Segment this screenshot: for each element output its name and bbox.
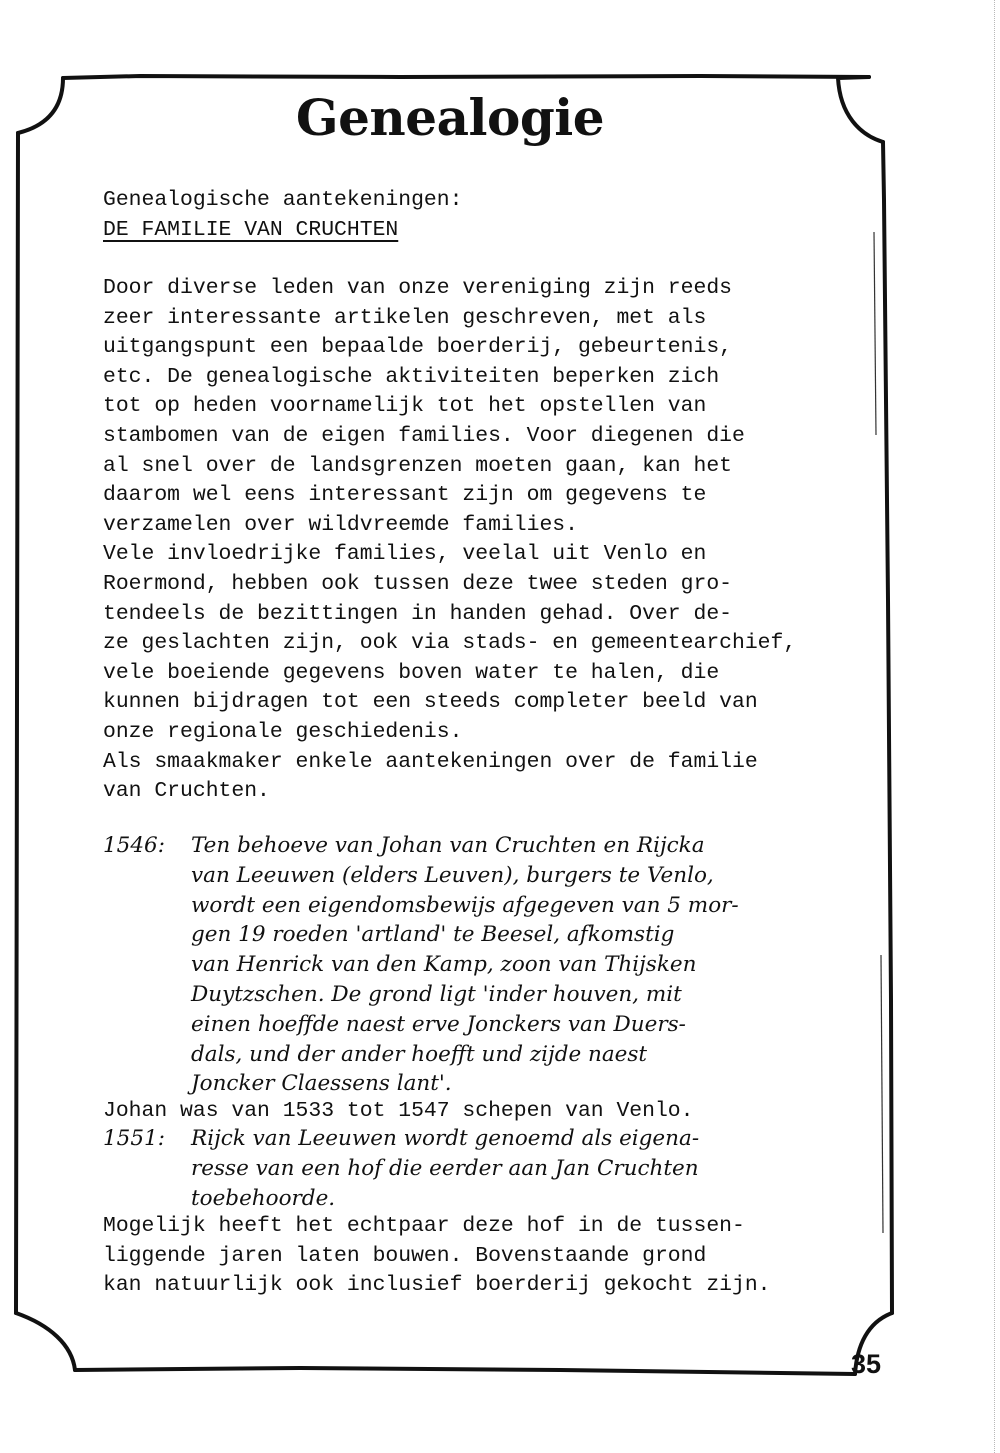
entry-line: gen 19 roeden 'artland' te Beesel, afkom… — [103, 920, 739, 950]
entry-year: 1546: — [103, 831, 191, 861]
entry-line: 1546:Ten behoeve van Johan van Cruchten … — [103, 831, 739, 861]
paragraph-line: verzamelen over wildvreemde families. — [103, 511, 796, 541]
entry-text: Joncker Claessens lant'. — [191, 1071, 452, 1096]
paragraph-line: vele boeiende gegevens boven water te ha… — [103, 659, 796, 689]
entry-line: toebehoorde. — [103, 1184, 699, 1214]
page-title: Genealogie — [0, 88, 900, 147]
entry-text: van Leeuwen (elders Leuven), burgers te … — [191, 863, 714, 888]
paragraph-line: uitgangspunt een bepaalde boerderij, geb… — [103, 333, 796, 363]
paragraph-line: onze regionale geschiedenis. — [103, 718, 796, 748]
entry-text: van Henrick van den Kamp, zoon van Thijs… — [191, 952, 696, 977]
paragraph-line: zeer interessante artikelen geschreven, … — [103, 304, 796, 334]
entry-line: resse van een hof die eerder aan Jan Cru… — [103, 1154, 699, 1184]
scan-edge-artifact — [994, 0, 995, 1453]
entry-text: einen hoeffde naest erve Jonckers van Du… — [191, 1012, 686, 1037]
entry-text: toebehoorde. — [191, 1186, 335, 1211]
entry-line: dals, und der ander hoefft und zijde nae… — [103, 1040, 739, 1070]
paragraph-line: liggende jaren laten bouwen. Bovenstaand… — [103, 1242, 771, 1272]
entry-text: gen 19 roeden 'artland' te Beesel, afkom… — [191, 922, 674, 947]
paragraph-line: van Cruchten. — [103, 777, 796, 807]
entry-text: resse van een hof die eerder aan Jan Cru… — [191, 1156, 699, 1181]
record-entry-1551: 1551:Rijck van Leeuwen wordt genoemd als… — [103, 1124, 699, 1213]
entry-text: wordt een eigendomsbewijs afgegeven van … — [191, 893, 739, 918]
paragraph-line: stambomen van de eigen families. Voor di… — [103, 422, 796, 452]
paragraph-line: al snel over de landsgrenzen moeten gaan… — [103, 452, 796, 482]
entry-text: Rijck van Leeuwen wordt genoemd als eige… — [191, 1126, 699, 1151]
paragraph-line: etc. De genealogische aktiviteiten beper… — [103, 363, 796, 393]
entry-line: van Henrick van den Kamp, zoon van Thijs… — [103, 950, 739, 980]
paragraph-line: ze geslachten zijn, ook via stads- en ge… — [103, 629, 796, 659]
paragraph-line: tot op heden voornamelijk tot het opstel… — [103, 392, 796, 422]
intro-paragraph: Door diverse leden van onze vereniging z… — [103, 274, 796, 807]
entry-text: Duytzschen. De grond ligt 'inder houven,… — [191, 982, 682, 1007]
paragraph-line: Mogelijk heeft het echtpaar deze hof in … — [103, 1212, 771, 1242]
page-number: 35 — [851, 1349, 881, 1380]
entry-line: van Leeuwen (elders Leuven), burgers te … — [103, 861, 739, 891]
paragraph-line: tendeels de bezittingen in handen gehad.… — [103, 600, 796, 630]
paragraph-line: Door diverse leden van onze vereniging z… — [103, 274, 796, 304]
paragraph-line: Vele invloedrijke families, veelal uit V… — [103, 540, 796, 570]
entry-text: Ten behoeve van Johan van Cruchten en Ri… — [191, 833, 705, 858]
family-heading: DE FAMILIE VAN CRUCHTEN — [103, 218, 398, 242]
paragraph-line: daarom wel eens interessant zijn om gege… — [103, 481, 796, 511]
johan-note: Johan was van 1533 tot 1547 schepen van … — [103, 1097, 693, 1127]
subtitle-line: Genealogische aantekeningen: — [103, 188, 462, 212]
entry-line: wordt een eigendomsbewijs afgegeven van … — [103, 891, 739, 921]
entry-line: einen hoeffde naest erve Jonckers van Du… — [103, 1010, 739, 1040]
entry-text: dals, und der ander hoefft und zijde nae… — [191, 1042, 647, 1067]
record-entry-1546: 1546:Ten behoeve van Johan van Cruchten … — [103, 831, 739, 1099]
paragraph-line: kan natuurlijk ook inclusief boerderij g… — [103, 1271, 771, 1301]
closing-paragraph: Mogelijk heeft het echtpaar deze hof in … — [103, 1212, 771, 1301]
entry-year: 1551: — [103, 1124, 191, 1154]
entry-line: Duytzschen. De grond ligt 'inder houven,… — [103, 980, 739, 1010]
paragraph-line: Roermond, hebben ook tussen deze twee st… — [103, 570, 796, 600]
entry-line: Joncker Claessens lant'. — [103, 1069, 739, 1099]
entry-line: 1551:Rijck van Leeuwen wordt genoemd als… — [103, 1124, 699, 1154]
paragraph-line: Als smaakmaker enkele aantekeningen over… — [103, 748, 796, 778]
article-subtitle: Genealogische aantekeningen: DE FAMILIE … — [103, 186, 462, 245]
paragraph-line: kunnen bijdragen tot een steeds complete… — [103, 688, 796, 718]
